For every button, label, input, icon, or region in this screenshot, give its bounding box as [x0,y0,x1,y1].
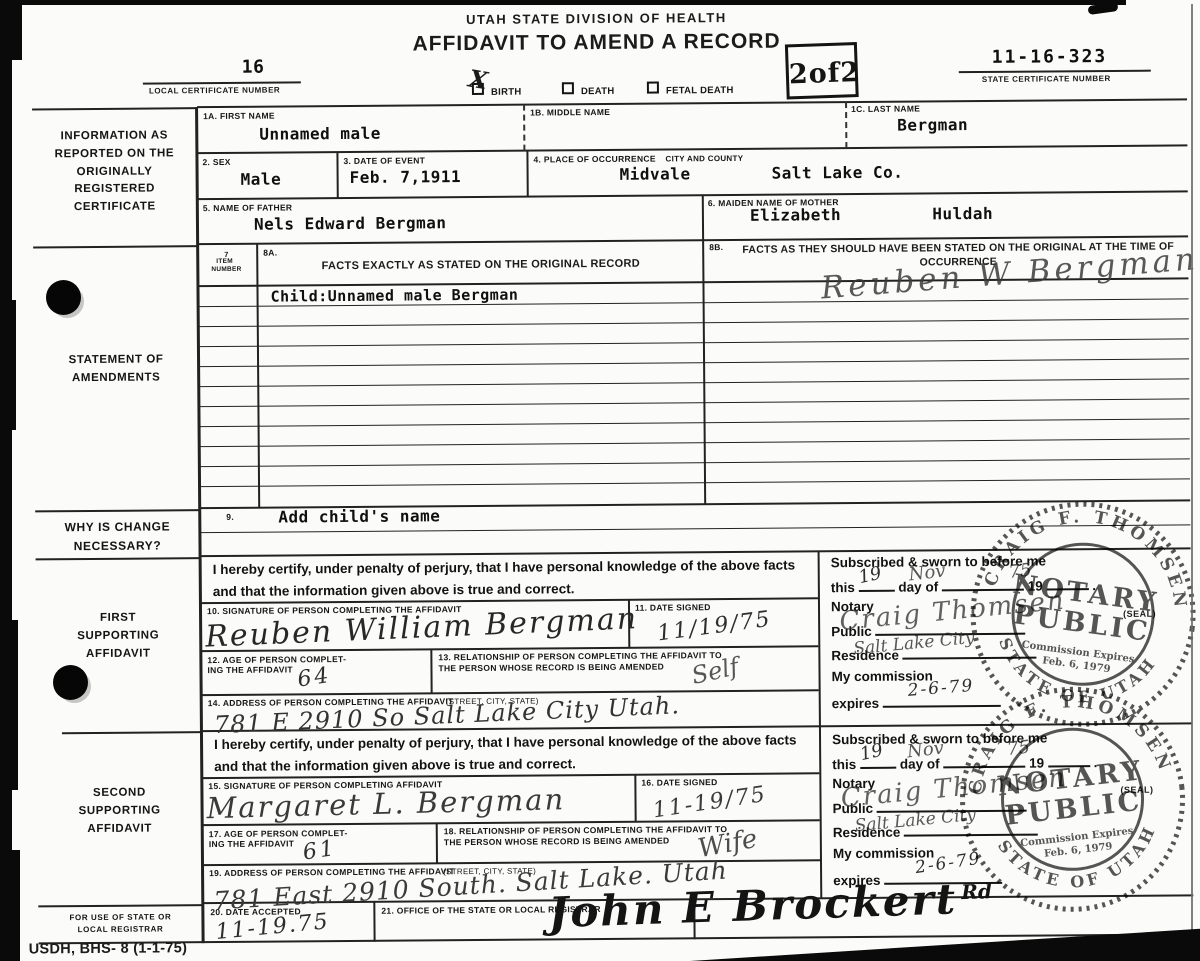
affidavit1-certify-text: I hereby certify, under penalty of perju… [213,554,805,602]
notary-seal-stamp-2: CRAIG F. THOMSEN STATE OF UTAH NOTARY PU… [940,667,1200,932]
v-date-place [526,151,528,197]
left-divider-2 [35,509,200,512]
aff2-age-label-line2: ING THE AFFIDAVIT [209,838,294,850]
local-certificate-label: LOCAL CERTIFICATE NUMBER [149,86,280,95]
left-divider-1 [33,245,198,248]
table-row-line [199,398,1189,407]
scan-edge-left-bump2 [0,300,16,430]
v-sex-date [336,152,338,198]
scan-edge-left-bump1 [0,0,22,60]
item-col-line2: NUMBER [211,266,241,275]
v-father-mother-and-8a-8b [702,195,706,504]
aff1-age-value: 64 [296,665,333,692]
death-checkbox [562,82,574,94]
rule-aff1-row2 [202,689,819,695]
scan-edge-left-bump4 [0,850,20,961]
sex-label: 2. SEX [202,157,230,168]
v-age12-rel13 [430,649,432,693]
last-name-label: 1C. LAST NAME [851,103,920,115]
birth-checkbox-label: BIRTH [491,87,522,100]
section-label-original-info: INFORMATION AS REPORTED ON THE ORIGINALL… [40,127,189,217]
notary1-expires-label: expires [832,696,879,711]
first-name-value: Unnamed male [259,124,381,144]
fetal-death-checkbox [647,82,659,94]
page-title: AFFIDAVIT TO AMEND A RECORD [366,28,826,57]
section-label-first-affidavit: FIRST SUPPORTING AFFIDAVIT [64,609,172,663]
v-sig15-date16 [634,775,636,822]
local-certificate-underline [143,81,301,84]
aff2-date-label: 16. DATE SIGNED [641,777,717,789]
aff2-signature-value: Margaret L. Bergman [206,785,565,823]
why-change-value: Add child's name [278,506,440,526]
table-row-line [199,318,1189,327]
aff1-date-label: 11. DATE SIGNED [635,602,711,614]
aff2-relationship-label: 18. RELATIONSHIP OF PERSON COMPLETING TH… [444,824,734,849]
table-row-line [199,338,1189,347]
left-divider-3 [36,557,201,560]
state-certificate-label: STATE CERTIFICATE NUMBER [982,75,1111,84]
table-row-line [199,378,1189,387]
mother-value: Elizabeth Huldah [750,204,993,225]
fetal-death-checkbox-label: FETAL DEATH [666,85,734,98]
why-change-number: 9. [226,512,234,523]
notary2-this-label: this [832,757,856,772]
registrar-signature: John E Brockert Rd [548,877,993,934]
punch-hole-top [46,280,81,315]
table-row-line [200,438,1190,447]
place-value: Midvale Salt Lake Co. [620,163,904,184]
form-number: USDH, BHS- 8 (1-1-75) [29,941,188,957]
table-row-line [200,418,1190,427]
father-value: Nels Edward Bergman [254,213,447,234]
last-name-value: Bergman [897,115,968,135]
v-item-col [256,244,260,508]
scan-edge-left [0,0,12,961]
place-sublabel: CITY AND COUNTY [665,153,743,164]
punch-hole-bottom [53,665,88,700]
amendment-original-value: Child:Unnamed male Bergman [270,286,518,306]
aff1-age-label-line2: ING THE AFFIDAVIT [207,664,292,676]
page-count-stamp: 2of2 [785,42,859,99]
v-date20-office21 [373,902,375,942]
col-8a-number: 8A. [263,248,277,259]
notary1-day-value: 19 [857,565,883,588]
local-certificate-number: 16 [242,57,265,79]
aff1-date-value: 11/19/75 [656,609,773,646]
table-row-line [199,358,1189,367]
section-label-registrar-use: FOR USE OF STATE OR LOCAL REGISTRAR [56,911,184,936]
section-label-amendments: STATEMENT OF AMENDMENTS [62,351,170,387]
v-age17-rel18 [436,823,438,863]
state-certificate-number: 11-16-323 [992,46,1108,69]
notary2-day-value: 19 [858,742,884,765]
affidavit2-certify-text: I hereby certify, under penalty of perju… [214,729,806,777]
rule-row1 [197,144,1187,154]
rule-top [197,98,1187,108]
page-count-stamp-text: 2of2 [788,57,860,90]
date-of-event-label: 3. DATE OF EVENT [343,155,425,167]
scan-edge-left-bump3 [0,620,18,790]
rule-row2 [198,190,1188,200]
section-label-second-affidavit: SECOND SUPPORTING AFFIDAVIT [65,784,173,838]
aff2-date-value: 11-19/75 [652,784,769,823]
date-of-event-value: Feb. 7,1911 [350,167,462,187]
col-8a-header: FACTS EXACTLY AS STATED ON THE ORIGINAL … [268,257,693,274]
state-certificate-underline [959,70,1151,74]
v-1b-1c-dashed [845,102,847,148]
scan-edge-top [0,0,1126,5]
notary1-this-label: this [831,580,855,595]
aff1-relationship-label: 13. RELATIONSHIP OF PERSON COMPLETING TH… [438,650,728,675]
left-divider-4 [62,731,202,734]
scan-edge-right-line [1191,4,1193,938]
agency-name: UTAH STATE DIVISION OF HEALTH [416,11,776,27]
scanned-affidavit-document: UTAH STATE DIVISION OF HEALTH AFFIDAVIT … [0,0,1200,961]
death-checkbox-label: DEATH [581,86,615,99]
form-layer: UTAH STATE DIVISION OF HEALTH AFFIDAVIT … [0,0,1200,961]
section-label-why-change: WHY IS CHANGE NECESSARY? [43,517,191,555]
father-label: 5. NAME OF FATHER [203,202,293,214]
left-label-column: INFORMATION AS REPORTED ON THE ORIGINALL… [32,107,204,944]
col-8b-number: 8B. [709,242,723,253]
notary1-month-value: Nov [908,562,947,584]
left-divider-5 [38,904,203,907]
aff2-age-value: 61 [301,838,338,865]
table-row-line [200,478,1190,487]
notary2-month-value: Nov [906,739,945,761]
middle-name-label: 1B. MIDDLE NAME [530,107,610,119]
birth-check-mark: X [467,67,489,94]
sex-value: Male [241,169,282,189]
table-row-line [200,458,1190,467]
first-name-label: 1A. FIRST NAME [203,111,275,123]
v-1a-1b-dashed [523,105,525,151]
